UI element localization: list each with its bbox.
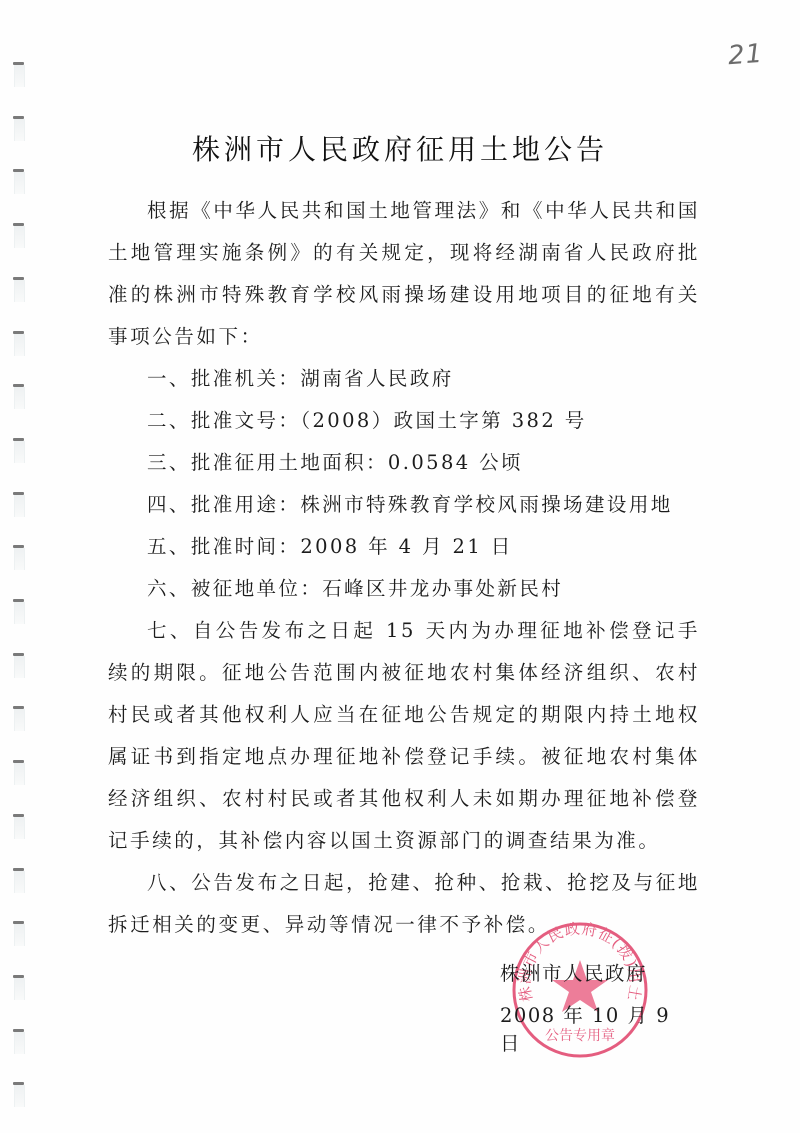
item-value: 石峰区井龙办事处新民村 — [322, 577, 563, 600]
item-number: 三、 — [147, 451, 191, 474]
handwritten-page-number: 21 — [727, 39, 764, 71]
item-label: 被征地单位： — [191, 577, 322, 600]
item-number: 二、 — [147, 409, 191, 432]
item-value: 0.0584 公顷 — [388, 451, 523, 474]
item-value: 株洲市特殊教育学校风雨操场建设用地 — [300, 493, 672, 516]
binding-hole-mark — [13, 706, 24, 732]
item-number: 一、 — [147, 367, 191, 390]
binding-hole-mark — [13, 223, 24, 249]
section-7-paragraph: 七、自公告发布之日起 15 天内为办理征地补偿登记手续的期限。征地公告范围内被征… — [108, 610, 700, 862]
document-title: 株洲市人民政府征用土地公告 — [0, 128, 800, 168]
approval-item: 二、批准文号：（2008）政国土字第 382 号 — [108, 400, 700, 442]
binding-hole-mark — [13, 599, 24, 625]
document-body: 根据《中华人民共和国土地管理法》和《中华人民共和国土地管理实施条例》的有关规定，… — [108, 190, 700, 946]
item-value: （2008）政国土字第 382 号 — [300, 409, 586, 432]
item-label: 批准征用土地面积： — [191, 451, 388, 474]
item-label: 批准用途： — [191, 493, 301, 516]
binding-hole-mark — [13, 1029, 24, 1055]
issuing-authority-signature: 株洲市人民政府 — [500, 958, 680, 986]
binding-hole-mark — [13, 62, 24, 88]
approval-item: 六、被征地单位：石峰区井龙办事处新民村 — [108, 568, 700, 610]
binding-hole-mark — [13, 169, 24, 195]
binding-hole-mark — [13, 921, 24, 947]
binding-hole-mark — [13, 653, 24, 679]
item-value: 2008 年 4 月 21 日 — [300, 535, 512, 558]
intro-paragraph: 根据《中华人民共和国土地管理法》和《中华人民共和国土地管理实施条例》的有关规定，… — [108, 190, 700, 358]
item-value: 湖南省人民政府 — [300, 367, 453, 390]
binding-hole-mark — [13, 384, 24, 410]
item-number: 六、 — [147, 577, 191, 600]
binding-hole-mark — [13, 1082, 24, 1108]
binding-hole-mark — [13, 975, 24, 1001]
binding-hole-mark — [13, 760, 24, 786]
item-label: 批准时间： — [191, 535, 301, 558]
item-number: 四、 — [147, 493, 191, 516]
binding-hole-mark — [13, 814, 24, 840]
approval-item: 五、批准时间：2008 年 4 月 21 日 — [108, 526, 700, 568]
item-label: 批准文号： — [191, 409, 301, 432]
binding-hole-mark — [13, 438, 24, 464]
approval-item: 三、批准征用土地面积：0.0584 公顷 — [108, 442, 700, 484]
binding-hole-mark — [13, 492, 24, 518]
scanned-document-page: 21 株洲市人民政府征用土地公告 根据《中华人民共和国土地管理法》和《中华人民共… — [0, 0, 800, 1133]
issue-date: 2008 年 10 月 9 日 — [500, 1000, 680, 1056]
approval-item: 四、批准用途：株洲市特殊教育学校风雨操场建设用地 — [108, 484, 700, 526]
binding-hole-mark — [13, 277, 24, 303]
item-label: 批准机关： — [191, 367, 301, 390]
approval-items-list: 一、批准机关：湖南省人民政府 二、批准文号：（2008）政国土字第 382 号 … — [108, 358, 700, 610]
item-number: 五、 — [147, 535, 191, 558]
binding-hole-mark — [13, 868, 24, 894]
approval-item: 一、批准机关：湖南省人民政府 — [108, 358, 700, 400]
binding-hole-marks — [13, 0, 25, 1133]
binding-hole-mark — [13, 331, 24, 357]
binding-hole-mark — [13, 545, 24, 571]
